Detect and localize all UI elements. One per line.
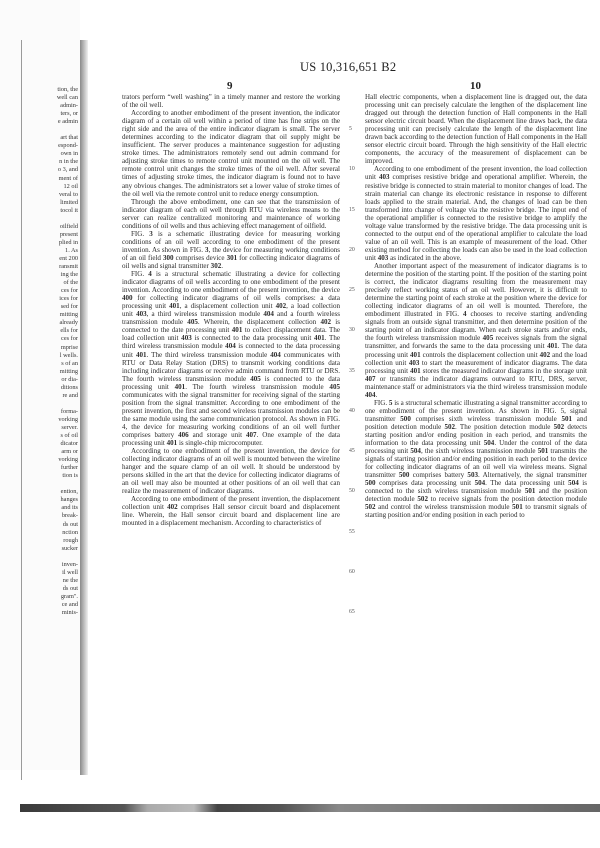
line-number: 65 xyxy=(349,609,355,615)
previous-page-line: plied in xyxy=(22,239,78,247)
previous-page-line: oilfield xyxy=(22,223,78,231)
previous-page-line: rough xyxy=(22,537,78,545)
paragraph: According to one embodiment of the prese… xyxy=(122,495,340,527)
previous-page-line: mitting xyxy=(22,368,78,376)
line-number: 10 xyxy=(349,166,355,172)
line-number: 5 xyxy=(349,126,352,132)
previous-page-line: tion, the xyxy=(22,86,78,94)
line-number: 45 xyxy=(349,448,355,454)
previous-page-line: vorking xyxy=(22,416,78,424)
previous-page-line: ces for xyxy=(22,335,78,343)
previous-page-line: inven- xyxy=(22,561,78,569)
previous-page-line xyxy=(22,480,78,488)
previous-page-line: e admin xyxy=(22,118,78,126)
previous-page-line: sucker xyxy=(22,545,78,553)
line-number: 25 xyxy=(349,287,355,293)
line-number: 40 xyxy=(349,408,355,414)
previous-page-line: veral to xyxy=(22,191,78,199)
previous-page-line: dicator xyxy=(22,440,78,448)
paragraph: According to one embodiment of the prese… xyxy=(122,447,340,495)
previous-page-line: tion is xyxy=(22,472,78,480)
previous-page-line: ces for xyxy=(22,287,78,295)
previous-page-line: ds out xyxy=(22,521,78,529)
previous-page-line: of the xyxy=(22,279,78,287)
previous-page-edge xyxy=(21,40,22,780)
previous-page-line xyxy=(22,215,78,223)
previous-page-line: vorking xyxy=(22,456,78,464)
previous-page-line: ention, xyxy=(22,488,78,496)
previous-page-line: ters, or xyxy=(22,110,78,118)
previous-page-line: present xyxy=(22,231,78,239)
previous-page-line: admin- xyxy=(22,102,78,110)
previous-page-line: ices for xyxy=(22,295,78,303)
paragraph: Another important aspect of the measurem… xyxy=(365,262,587,399)
previous-page-line: gram". xyxy=(22,593,78,601)
previous-page-line: ce and xyxy=(22,601,78,609)
previous-page-line: mprise xyxy=(22,344,78,352)
previous-page-line xyxy=(22,126,78,134)
previous-page-line: il well xyxy=(22,569,78,577)
previous-page-line: further xyxy=(22,464,78,472)
previous-page-line: ds out xyxy=(22,585,78,593)
previous-page-text: tion, thewell canadmin-ters, ore admin a… xyxy=(22,86,78,617)
previous-page-line: sed for xyxy=(22,303,78,311)
left-text-column: trators perform “well washing” in a time… xyxy=(122,93,340,528)
previous-page-line: mitting xyxy=(22,311,78,319)
patent-number: US 10,316,651 B2 xyxy=(300,60,396,75)
book-spine-shadow xyxy=(80,40,88,775)
previous-page-line: nction xyxy=(22,529,78,537)
previous-page-line: s of an xyxy=(22,360,78,368)
previous-page-line: tocol it xyxy=(22,207,78,215)
line-number: 35 xyxy=(349,368,355,374)
paragraph: FIG. 3 is a schematic illustrating devic… xyxy=(122,230,340,270)
line-number: 60 xyxy=(349,569,355,575)
previous-page-line: forma- xyxy=(22,408,78,416)
previous-page-line: or dia- xyxy=(22,376,78,384)
line-number: 50 xyxy=(349,488,355,494)
previous-page-line: break- xyxy=(22,512,78,520)
previous-page-line: ells for xyxy=(22,327,78,335)
line-number: 15 xyxy=(349,207,355,213)
paragraph: According to another embodiment of the p… xyxy=(122,109,340,198)
previous-page-line xyxy=(22,553,78,561)
previous-page-line: ne the xyxy=(22,577,78,585)
previous-page-line: art that xyxy=(22,134,78,142)
previous-page-line: limited xyxy=(22,199,78,207)
paragraph: FIG. 4 is a structural schematic illustr… xyxy=(122,270,340,447)
right-text-column: Hall electric components, when a displac… xyxy=(365,93,587,519)
previous-page-line: minis- xyxy=(22,609,78,617)
previous-page-line: arm or xyxy=(22,448,78,456)
previous-page-line: ing the xyxy=(22,271,78,279)
previous-page-line: ditions xyxy=(22,384,78,392)
paragraph: FIG. 5 is a structural schematic illustr… xyxy=(365,399,587,520)
previous-page-line: well can xyxy=(22,94,78,102)
previous-page-line: re and xyxy=(22,392,78,400)
previous-page-line: n in the xyxy=(22,158,78,166)
paragraph: trators perform “well washing” in a time… xyxy=(122,93,340,109)
previous-page-line: server. xyxy=(22,424,78,432)
previous-page-line: ment of xyxy=(22,175,78,183)
line-number: 20 xyxy=(349,247,355,253)
previous-page-line xyxy=(22,400,78,408)
previous-page-line: espond- xyxy=(22,142,78,150)
previous-page-line: and its xyxy=(22,504,78,512)
previous-page-line: o 3, and xyxy=(22,166,78,174)
previous-page-line: 1. As xyxy=(22,247,78,255)
line-number: 30 xyxy=(349,327,355,333)
previous-page-line: ent 200 xyxy=(22,255,78,263)
line-number: 55 xyxy=(349,529,355,535)
previous-page-line: 12 oil xyxy=(22,183,78,191)
previous-page-line: l wells. xyxy=(22,352,78,360)
previous-page-line: own in xyxy=(22,150,78,158)
paragraph: According to one embodiment of the prese… xyxy=(365,165,587,262)
paragraph: Hall electric components, when a displac… xyxy=(365,93,587,165)
previous-page-line: s of oil xyxy=(22,432,78,440)
previous-page-line: already xyxy=(22,319,78,327)
previous-page-line: hanges xyxy=(22,496,78,504)
previous-page-line: ransmit xyxy=(22,263,78,271)
right-column-number: 10 xyxy=(470,80,481,92)
previous-page-fragment: tion, thewell canadmin-ters, ore admin a… xyxy=(0,0,80,770)
paragraph: Through the above embodiment, one can se… xyxy=(122,198,340,230)
scan-bottom-edge xyxy=(20,804,600,812)
left-column-number: 9 xyxy=(227,80,233,92)
